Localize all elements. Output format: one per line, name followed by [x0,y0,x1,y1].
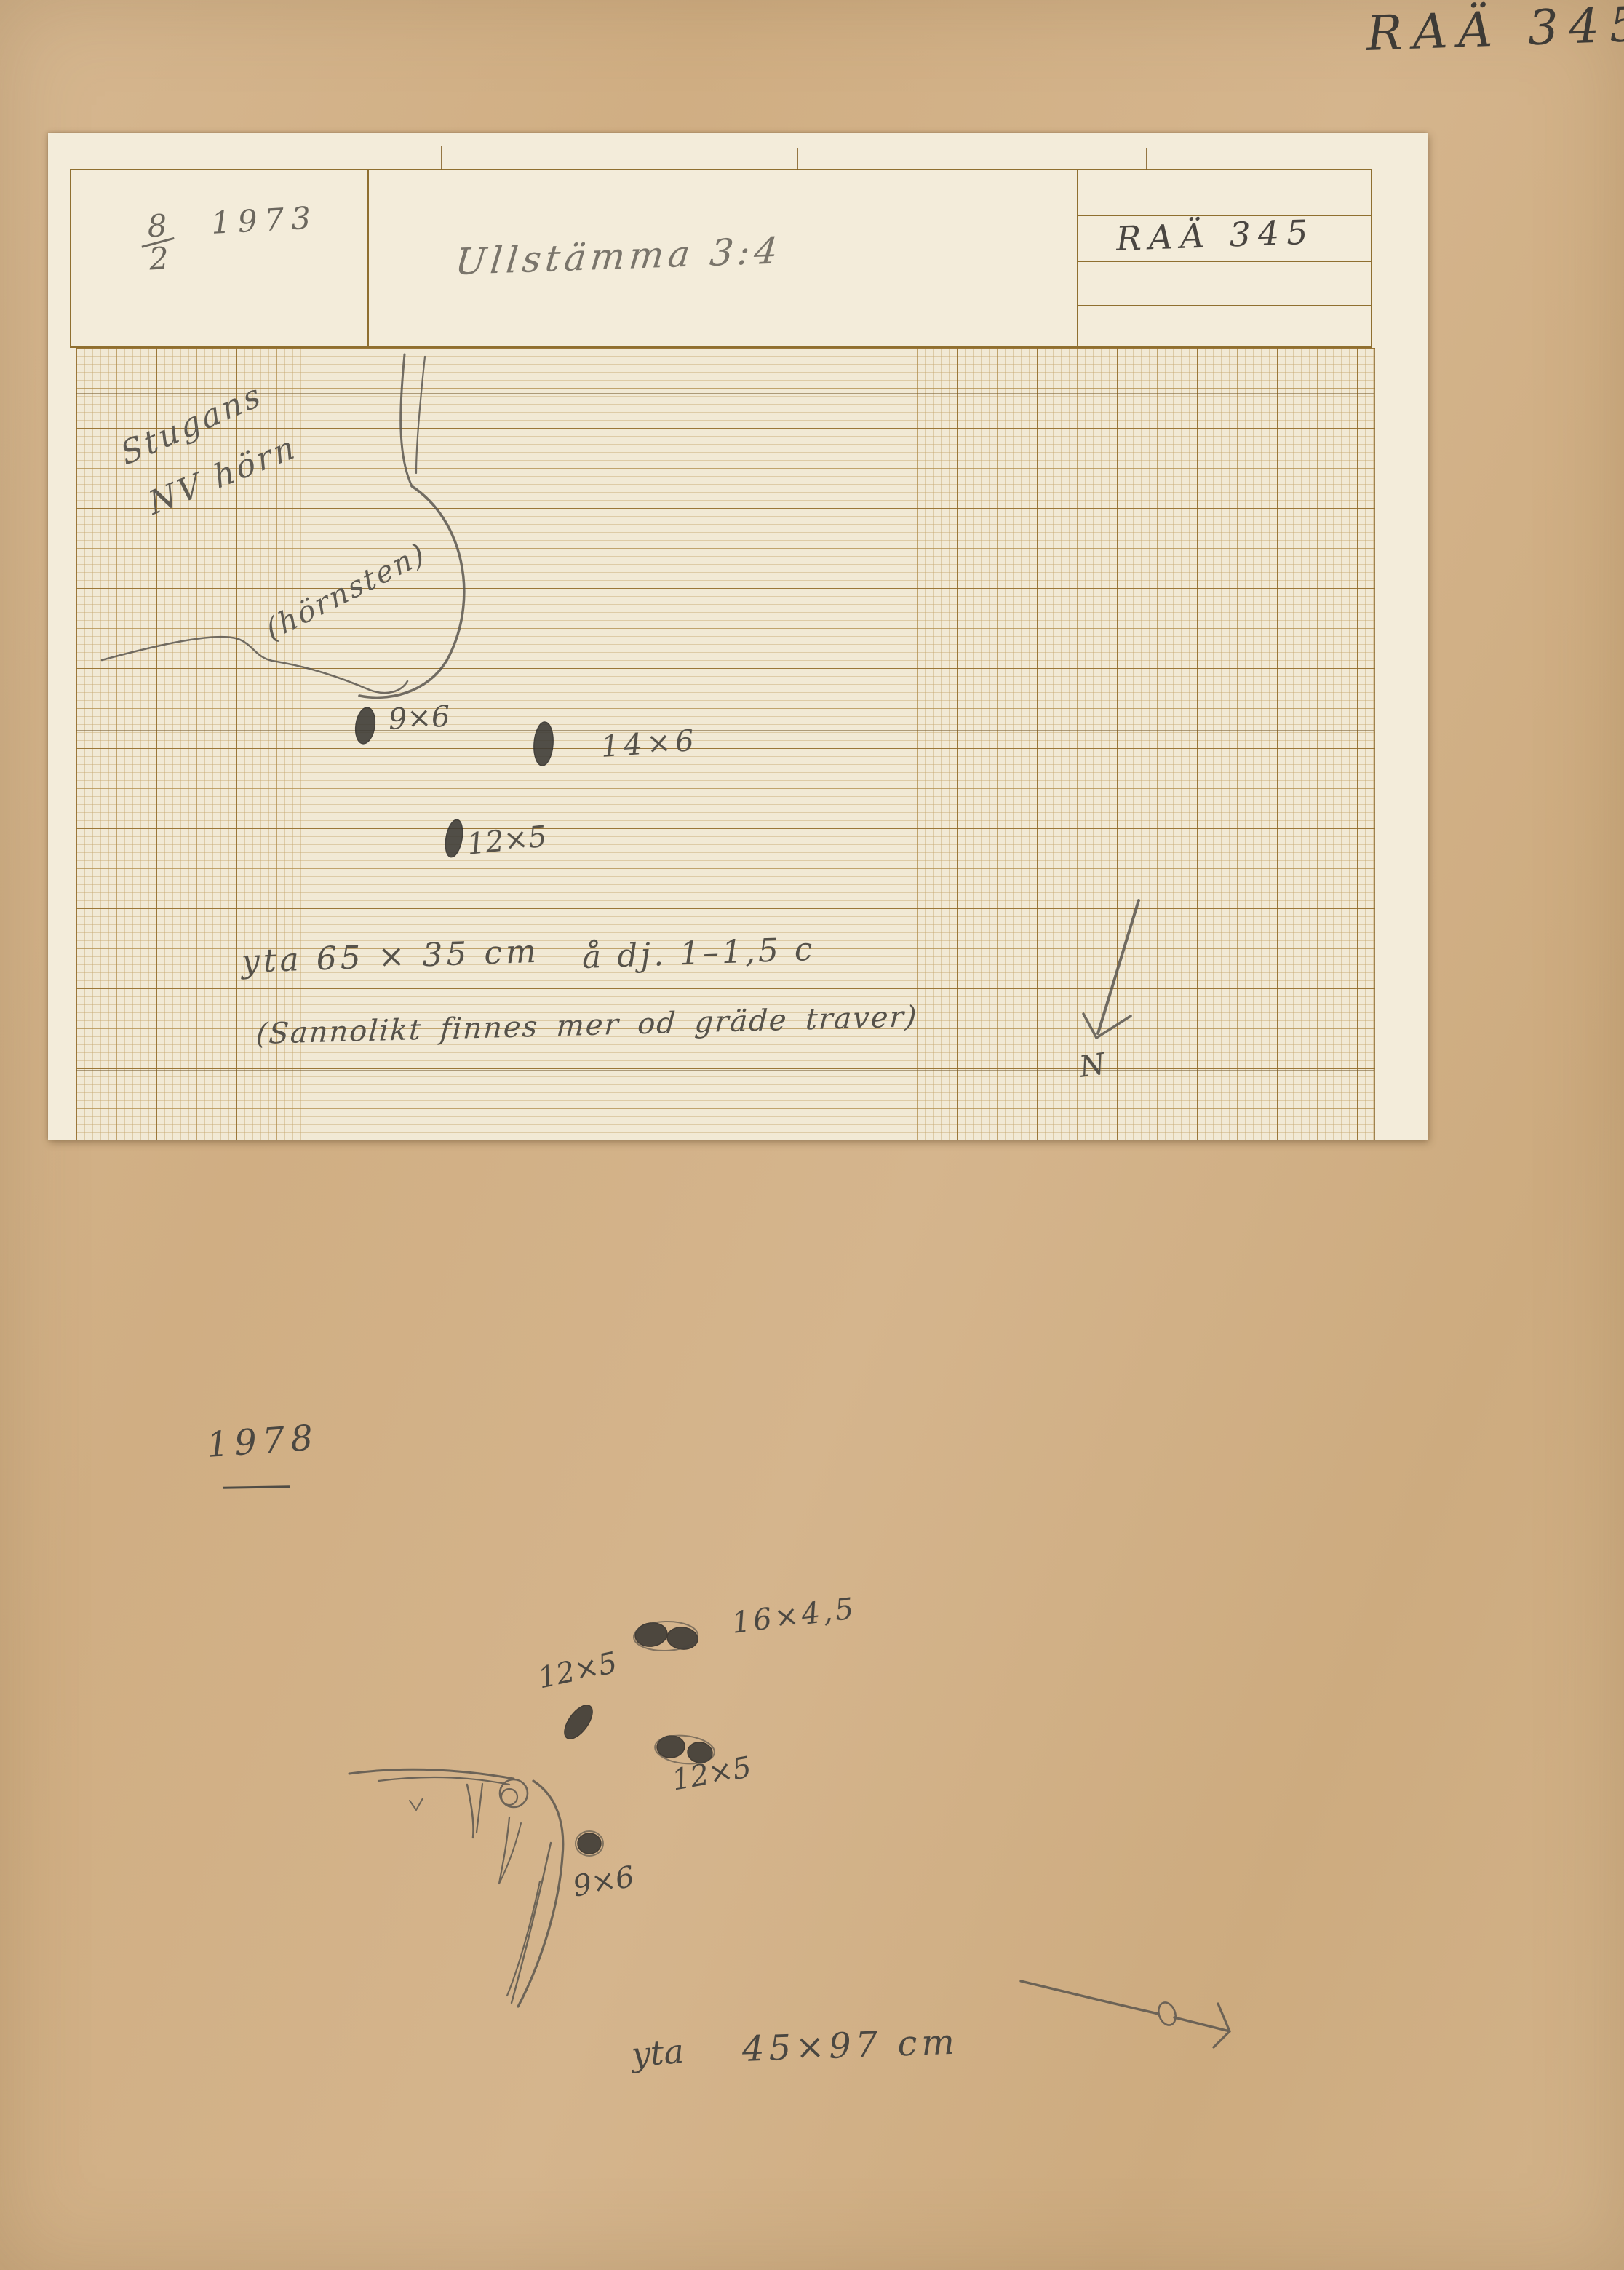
corner-sketch-v-mark [410,1798,423,1810]
archive-number: RAÄ 345 [1366,0,1624,62]
corner-sketch-top-line [349,1769,514,1779]
feature-size-label: 12×5 [535,1646,620,1696]
date-fraction: 8 2 [140,212,176,274]
table-border-left [70,169,71,348]
corner-sketch-right-edge [518,1781,563,2007]
feature-size-label: 9×6 [388,700,451,737]
area-note-1978-value: 45×97 cm [741,2022,960,2070]
feature-spot-1978-1 [666,1626,699,1651]
table-divider-2 [1077,169,1078,348]
feature-size-label: 16×4,5 [730,1592,858,1640]
corner-sketch-fork [477,1784,482,1833]
archive-annotation: RAÄ 345:1 [1366,0,1624,62]
date-cell: 8 2 1973 [140,199,321,273]
date-day: 8 [147,212,168,240]
direction-arrow-barb [1214,2031,1230,2047]
table-divider-1 [367,169,369,348]
grid-bold-rule [76,730,1374,731]
refbox-row-line-2 [1077,261,1372,262]
corner-sketch-circle-inner [501,1789,517,1805]
corner-sketch-hatch [499,1817,509,1884]
corner-sketch-fork [467,1785,474,1838]
site-name: Ullstämma 3:4 [453,229,784,283]
feature-spot-1978-1 [634,1621,669,1648]
year-1978: 1978 [205,1417,320,1466]
feature-size-label: 14×6 [600,724,699,764]
site-ref: RAÄ 345 [1115,212,1315,258]
area-note-1978-prefix: yta [630,2031,685,2074]
feature-spot-outline [633,1620,698,1651]
registration-tick [441,146,442,170]
registration-tick [797,148,798,170]
corner-sketch-hatch [507,1881,540,1996]
year-underline [223,1485,290,1489]
corner-sketch-hatch [499,1823,521,1884]
feature-spot-outline [576,1831,603,1856]
feature-size-label: 9×6 [570,1860,637,1904]
direction-arrow-shaft [1174,2017,1230,2031]
corner-sketch-top-line2 [378,1777,509,1785]
grid-bold-rule [76,393,1374,394]
feature-spot-1978-4 [578,1833,601,1854]
graph-paper-sheet-1973: 8 2 1973 Ullstämma 3:4 RAÄ 345 [48,133,1428,1140]
corner-sketch-hatch [512,1843,551,2003]
date-month: 2 [148,245,170,273]
direction-arrow-barb [1218,2004,1230,2031]
feature-size-label: 12×5 [669,1750,754,1797]
date-year: 1973 [210,199,319,241]
direction-arrow-shaft [1021,1981,1158,2014]
refbox-row-line-3 [1077,305,1372,306]
table-border-right [1371,169,1372,348]
feature-spot-1978-3 [656,1734,685,1758]
registration-tick [1146,148,1147,170]
grid-bold-rule [76,1070,1374,1071]
table-border-top [70,169,1372,170]
scanned-field-document: RAÄ 345:1 8 2 1973 Ullstämma 3:4 RAÄ [0,0,1624,2270]
corner-sketch-circle [500,1779,528,1807]
north-label: N [1078,1047,1107,1084]
feature-spot-1978-2 [560,1701,598,1744]
direction-arrow-loop [1155,2000,1179,2028]
